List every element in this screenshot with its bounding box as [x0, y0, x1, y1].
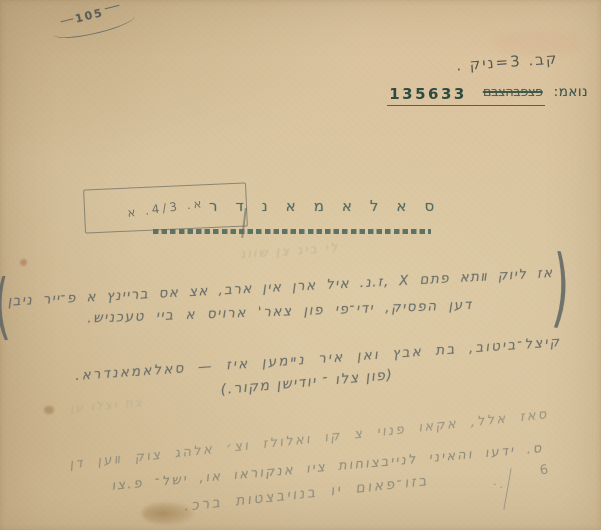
- faint-pencil-dots: ·.: [493, 478, 506, 491]
- bleed-through-text: לי ביג צן שווג: [240, 241, 340, 263]
- pencil-annotation-box: א. 4/3. א: [83, 182, 248, 233]
- handwritten-paren-right: ): [550, 237, 571, 340]
- typed-label: נואמ:: [554, 84, 588, 100]
- archive-number: 135633: [389, 85, 467, 103]
- paper-stain: [20, 259, 27, 266]
- pencil-box-note: א. 4/3. א: [126, 196, 205, 220]
- scanned-document-page: 105 קב. 3=ניק . נואמ: פצפבהצבם 135633 סא…: [0, 0, 601, 530]
- struck-out-text: פצפבהצבם: [483, 85, 543, 103]
- typed-dashed-underline: [153, 229, 431, 234]
- paper-stain: [493, 30, 583, 56]
- paper-stain: [44, 406, 54, 414]
- typed-header-line: נואמ: פצפבהצבם 135633: [387, 84, 588, 106]
- faint-pencil-mark: 6: [539, 462, 550, 478]
- paper-stain: [142, 502, 194, 525]
- bleed-through-text: צת וצלו ען: [70, 395, 145, 415]
- typed-number-group: פצפבהצבם 135633: [387, 85, 544, 106]
